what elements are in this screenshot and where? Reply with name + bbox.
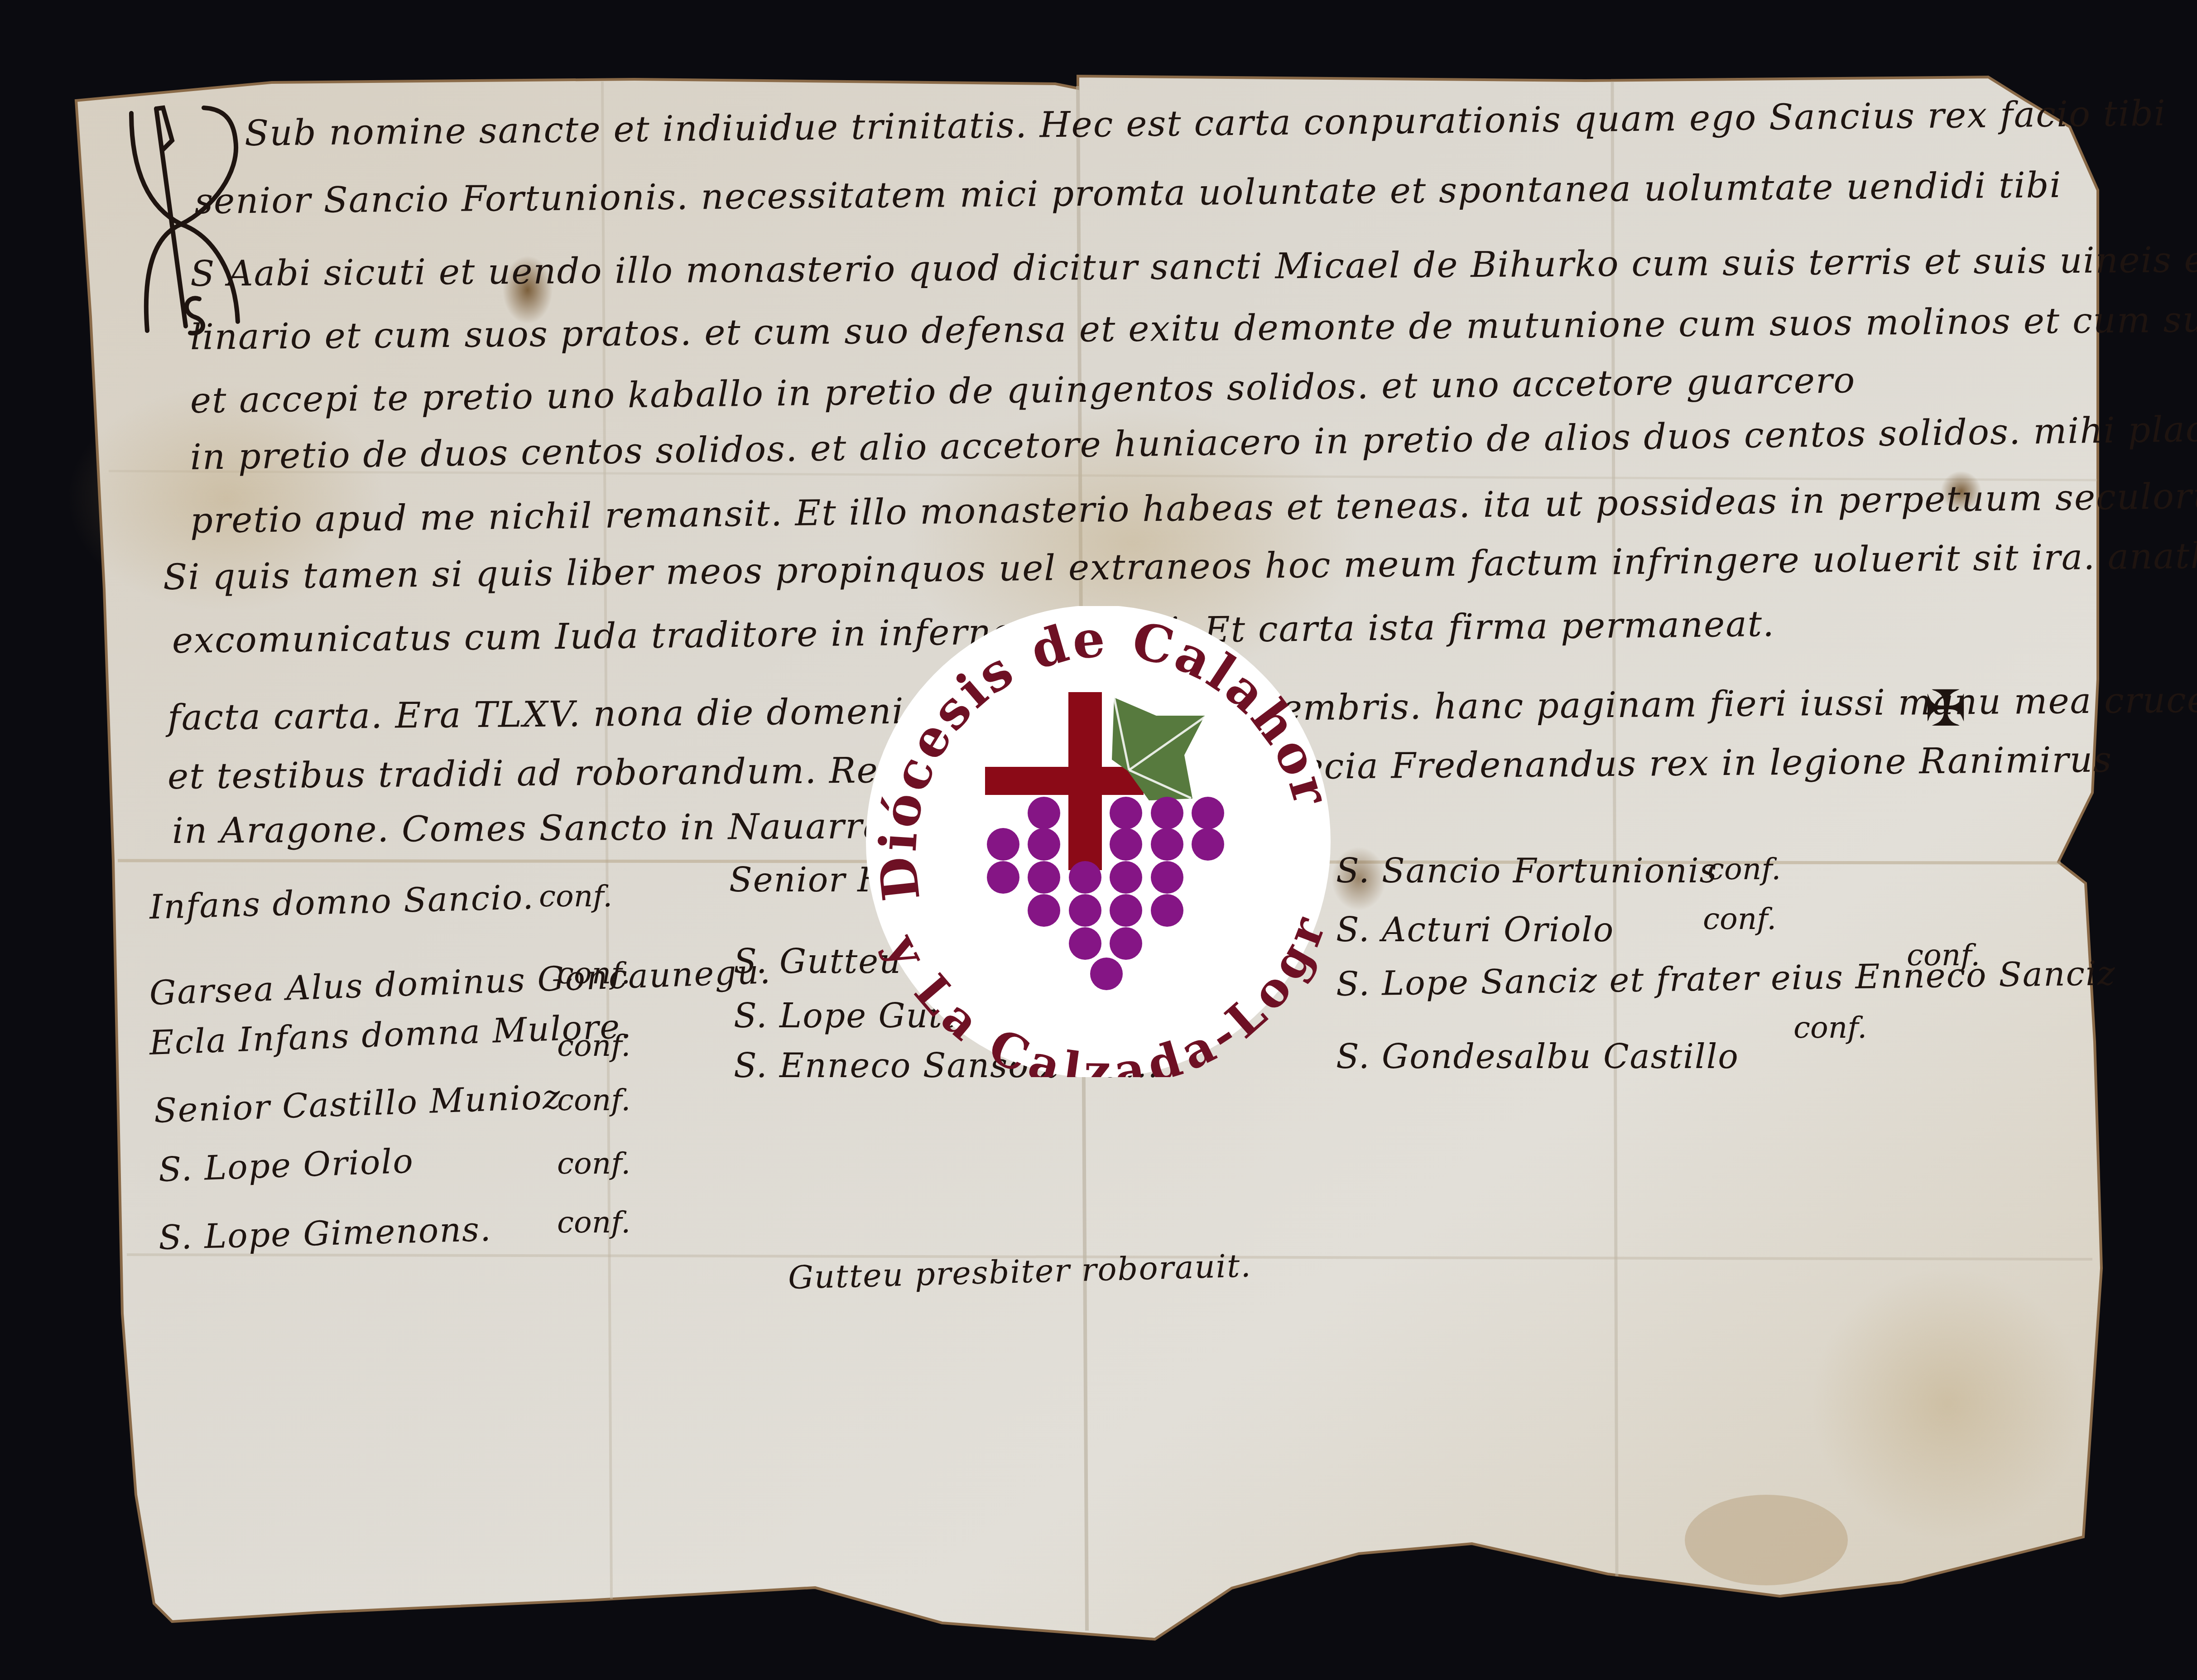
witness-entry: S. Gondesalbu Castillo <box>1336 1037 1739 1076</box>
confirmation-mark: conf. <box>1793 1010 1867 1045</box>
cross-symbol: ✠ <box>1925 679 1966 737</box>
confirmation-mark: conf. <box>557 1028 630 1063</box>
witness-entry: S. Acturi Oriolo <box>1336 910 1614 949</box>
witness-entry: S. Sancio Fortunionis <box>1336 852 1718 891</box>
confirmation-mark: conf. <box>557 1205 630 1240</box>
confirmation-mark: conf. <box>1703 901 1776 936</box>
confirmation-mark: conf. <box>1707 852 1781 886</box>
diocese-watermark-logo: Diócesis de Calahorra y La Calzada-Logro… <box>865 606 1332 1077</box>
confirmation-mark: conf. <box>539 879 612 914</box>
confirmation-mark: conf. <box>1907 938 1980 972</box>
confirmation-mark: conf. <box>557 956 630 991</box>
document-scan: Sub nomine sancte et indiuidue trinitati… <box>0 0 2197 1680</box>
confirmation-mark: conf. <box>557 1083 630 1117</box>
confirmation-mark: conf. <box>557 1146 630 1181</box>
